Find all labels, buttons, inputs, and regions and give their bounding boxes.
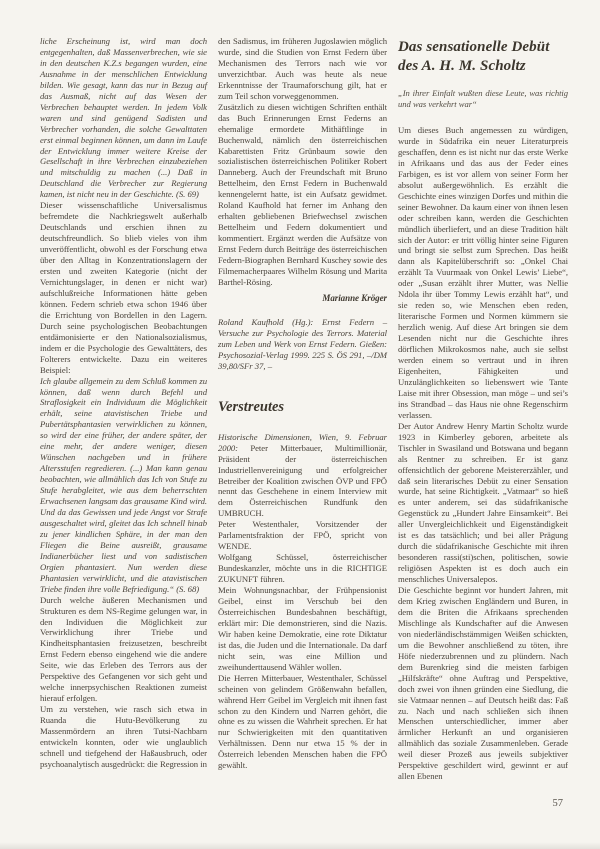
three-column-layout: liche Erscheinung ist, wird man doch ent… — [40, 36, 568, 782]
paragraph: Die Geschichte beginnt vor hundert Jahre… — [398, 585, 568, 782]
page-bottom-edge — [0, 842, 600, 849]
verstreutes-item: Mein Wohnungsnachbar, der Frühpensionist… — [218, 585, 387, 673]
article-heading: Das sensationelle Debüt des A. H. M. Sch… — [398, 38, 568, 76]
paragraph: den Sadismus, im früheren Jugoslawien mö… — [218, 36, 387, 102]
book-citation: Roland Kaufhold (Hg.): Ernst Federn – Ve… — [218, 317, 387, 372]
verstreutes-item: Historische Dimensionen, Wien, 9. Februa… — [218, 432, 387, 520]
verstreutes-item: Die Herren Mitterbauer, Westenthaler, Sc… — [218, 673, 387, 772]
column-left: liche Erscheinung ist, wird man doch ent… — [40, 36, 207, 782]
quote-paragraph: Ich glaube allgemein zu dem Schluß komme… — [40, 376, 207, 595]
column-middle: den Sadismus, im früheren Jugoslawien mö… — [218, 36, 387, 782]
verstreutes-item: Peter Westenthaler, Vorsitzender der Par… — [218, 519, 387, 552]
article-epigraph: „In ihrer Einfalt wußten diese Leute, wa… — [398, 88, 568, 110]
paragraph: Zusätzlich zu diesen wichtigen Schriften… — [218, 102, 387, 288]
quote-paragraph: liche Erscheinung ist, wird man doch ent… — [40, 36, 207, 200]
section-heading-verstreutes: Verstreutes — [218, 398, 387, 416]
item-body: Peter Mitterbauer, Multimillionär, Präsi… — [218, 443, 387, 519]
paragraph: Um zu verstehen, wie rasch sich etwa in … — [40, 704, 207, 770]
paragraph: Durch welche äußeren Mechanismen und Str… — [40, 595, 207, 705]
page-number: 57 — [553, 798, 564, 809]
paragraph: Der Autor Andrew Henry Martin Scholtz wu… — [398, 421, 568, 585]
paragraph: Um dieses Buch angemessen zu würdigen, w… — [398, 125, 568, 421]
verstreutes-item: Wolfgang Schüssel, österreichischer Bund… — [218, 552, 387, 585]
author-signature: Marianne Kröger — [218, 292, 387, 304]
column-right: Das sensationelle Debüt des A. H. M. Sch… — [398, 36, 568, 782]
paragraph: Dieser wissenschaftliche Universalismus … — [40, 200, 207, 375]
